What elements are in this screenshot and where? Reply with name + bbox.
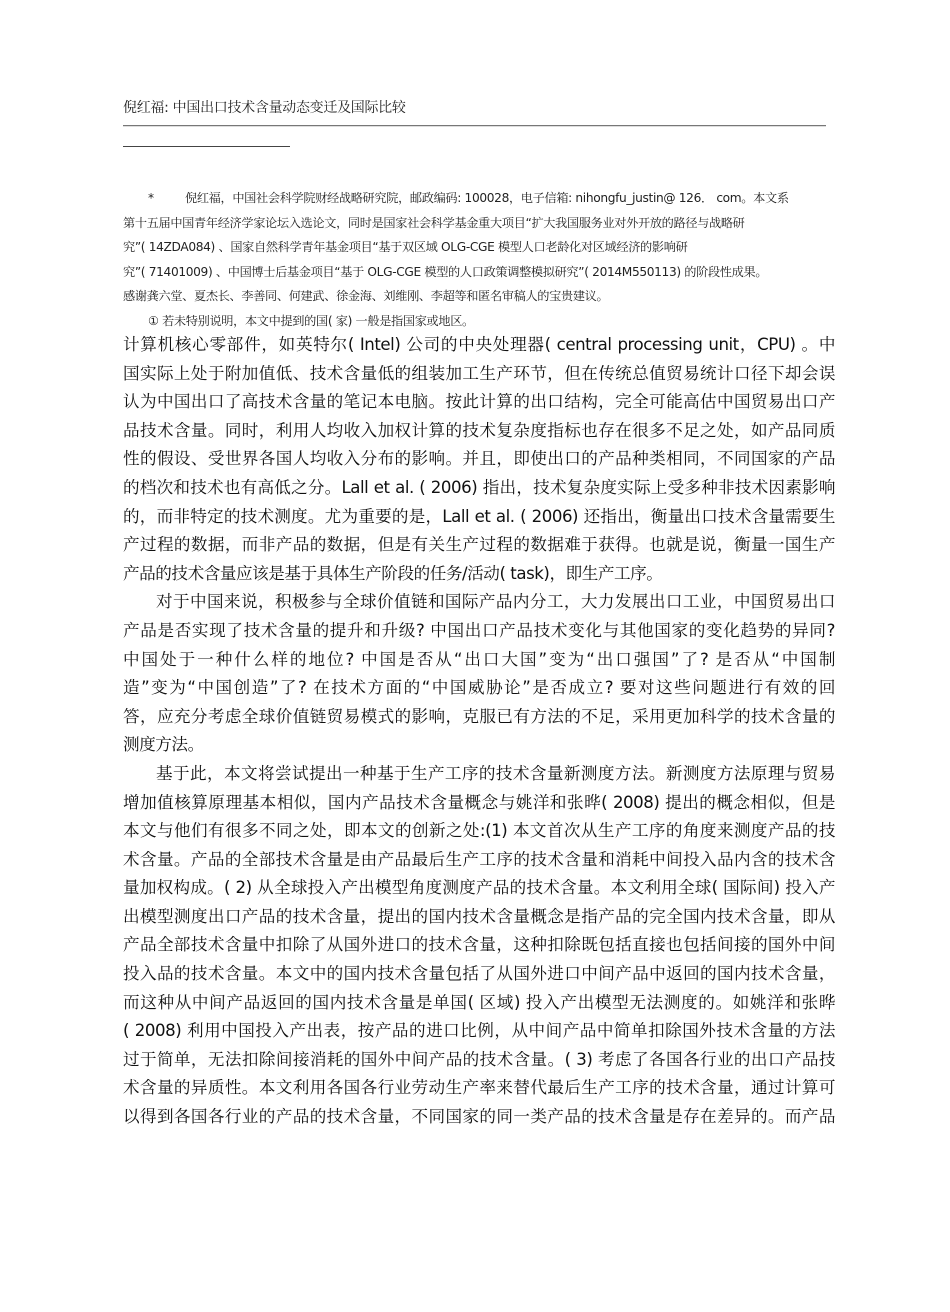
text-line: 测度方法。 xyxy=(123,731,835,760)
text-line: 基于此，本文将尝试提出一种基于生产工序的技术含量新测度方法。新测度方法原理与贸易 xyxy=(123,760,835,789)
running-header-title: 倪红福: 中国出口技术含量动态变迁及国际比较 xyxy=(123,98,406,118)
footnote-line: 第十五届中国青年经济学家论坛入选论文，同时是国家社会科学基金重大项目“扩大我国服… xyxy=(123,211,838,236)
body-text: 计算机核心零部件，如英特尔( Intel) 公司的中央处理器( central … xyxy=(123,331,835,1132)
footnote-line: 倪红福，中国社会科学院财经战略研究院，邮政编码: 100028，电子信箱: ni… xyxy=(185,191,789,205)
text-line: 而这种从中间产品返回的国内技术含量是单国( 区域) 投入产出模型无法测度的。如姚… xyxy=(123,989,835,1018)
text-line: 计算机核心零部件，如英特尔( Intel) 公司的中央处理器( central … xyxy=(123,331,835,360)
text-line: 的档次和技术也有高低之分。Lall et al. ( 2006) 指出，技术复杂… xyxy=(123,474,835,503)
text-line: 过于简单，无法扣除间接消耗的国外中间产品的技术含量。( 3) 考虑了各国各行业的… xyxy=(123,1046,835,1075)
text-line: 品技术含量。同时，利用人均收入加权计算的技术复杂度指标也存在很多不足之处，如产品… xyxy=(123,417,835,446)
footnote-author: *倪红福，中国社会科学院财经战略研究院，邮政编码: 100028，电子信箱: n… xyxy=(123,186,838,211)
text-line: 产过程的数据，而非产品的数据，但是有关生产过程的数据难于获得。也就是说，衡量一国… xyxy=(123,531,835,560)
text-line: 认为中国出口了高技术含量的笔记本电脑。按此计算的出口结构，完全可能高估中国贸易出… xyxy=(123,388,835,417)
text-line: 造”变为“中国创造”了? 在技术方面的“中国威胁论”是否成立? 要对这些问题进行… xyxy=(123,674,835,703)
footnote-separator xyxy=(123,146,290,147)
paragraph-3: 基于此，本文将尝试提出一种基于生产工序的技术含量新测度方法。新测度方法原理与贸易… xyxy=(123,760,835,1132)
text-line: 国实际上处于附加值低、技术含量低的组装加工生产环节，但在传统总值贸易统计口径下却… xyxy=(123,360,835,389)
text-line: 本文与他们有很多不同之处，即本文的创新之处:(1) 本文首次从生产工序的角度来测… xyxy=(123,817,835,846)
text-line: 出模型测度出口产品的技术含量，提出的国内技术含量概念是指产品的完全国内技术含量，… xyxy=(123,903,835,932)
header-rule xyxy=(123,125,826,127)
text-line: 性的假设、受世界各国人均收入分布的影响。并且，即使出口的产品种类相同，不同国家的… xyxy=(123,445,835,474)
text-line: 增加值核算原理基本相似，国内产品技术含量概念与姚洋和张晔( 2008) 提出的概… xyxy=(123,789,835,818)
text-line: 的，而非特定的技术测度。尤为重要的是，Lall et al. ( 2006) 还… xyxy=(123,503,835,532)
footnote-line: 究”( 14ZDA084) 、国家自然科学青年基金项目“基于双区域 OLG-CG… xyxy=(123,235,838,260)
footnote-1: ① 若未特别说明，本文中提到的国( 家) 一般是指国家或地区。 xyxy=(123,309,838,334)
footnote-star-marker: * xyxy=(123,186,185,211)
footnote-line: 究”( 71401009) 、中国博士后基金项目“基于 OLG-CGE 模型的人… xyxy=(123,260,838,285)
text-line: ( 2008) 利用中国投入产出表，按产品的进口比例，从中间产品中简单扣除国外技… xyxy=(123,1017,835,1046)
text-line: 产品的技术含量应该是基于具体生产阶段的任务/活动( task)，即生产工序。 xyxy=(123,560,835,589)
text-line: 投入品的技术含量。本文中的国内技术含量包括了从国外进口中间产品中返回的国内技术含… xyxy=(123,960,835,989)
text-line: 中国处于一种什么样的地位? 中国是否从“出口大国”变为“出口强国”了? 是否从“… xyxy=(123,646,835,675)
text-line: 产品全部技术含量中扣除了从国外进口的技术含量，这种扣除既包括直接也包括间接的国外… xyxy=(123,931,835,960)
text-line: 产品是否实现了技术含量的提升和升级? 中国出口产品技术变化与其他国家的变化趋势的… xyxy=(123,617,835,646)
text-line: 术含量。产品的全部技术含量是由产品最后生产工序的技术含量和消耗中间投入品内含的技… xyxy=(123,846,835,875)
text-line: 对于中国来说，积极参与全球价值链和国际产品内分工，大力发展出口工业，中国贸易出口 xyxy=(123,588,835,617)
paragraph-1: 计算机核心零部件，如英特尔( Intel) 公司的中央处理器( central … xyxy=(123,331,835,588)
text-line: 答，应充分考虑全球价值链贸易模式的影响，克服已有方法的不足，采用更加科学的技术含… xyxy=(123,703,835,732)
text-line: 以得到各国各行业的产品的技术含量，不同国家的同一类产品的技术含量是存在差异的。而… xyxy=(123,1103,835,1132)
paragraph-2: 对于中国来说，积极参与全球价值链和国际产品内分工，大力发展出口工业，中国贸易出口… xyxy=(123,588,835,760)
text-line: 术含量的异质性。本文利用各国各行业劳动生产率来替代最后生产工序的技术含量，通过计… xyxy=(123,1074,835,1103)
text-line: 量加权构成。( 2) 从全球投入产出模型角度测度产品的技术含量。本文利用全球( … xyxy=(123,874,835,903)
footnotes: *倪红福，中国社会科学院财经战略研究院，邮政编码: 100028，电子信箱: n… xyxy=(123,186,838,333)
footnote-line: 感谢龚六堂、夏杰长、李善同、何建武、徐金海、刘维刚、李超等和匿名审稿人的宝贵建议… xyxy=(123,284,838,309)
